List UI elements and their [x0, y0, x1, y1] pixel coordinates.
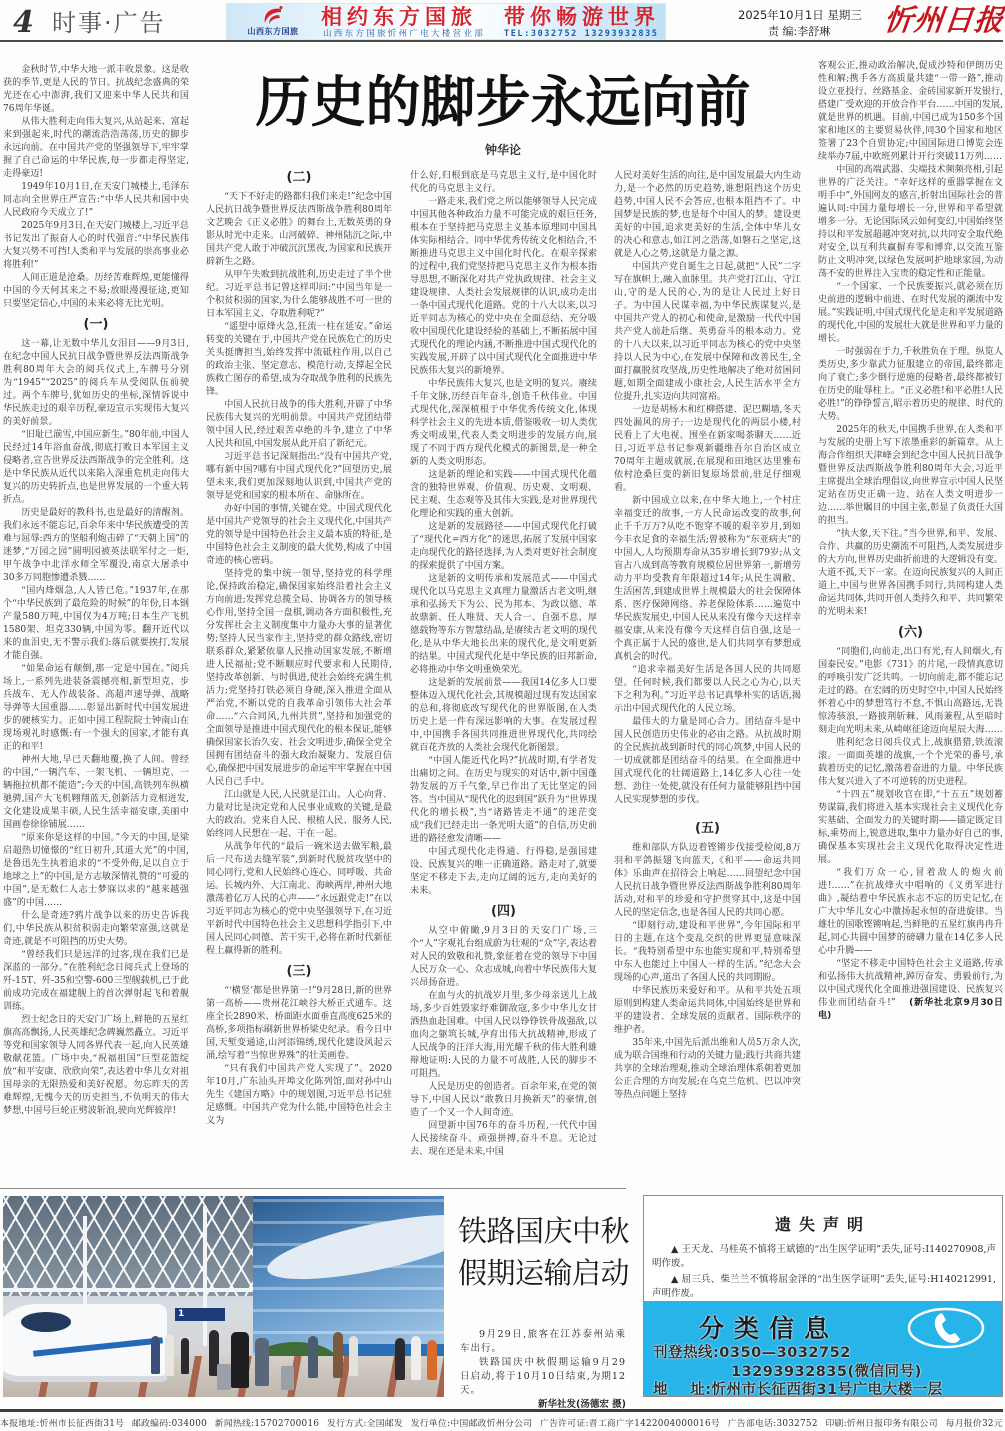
footer-ad-license: 广告许可证:晋工商广字1422004000016号 [540, 1416, 720, 1429]
person-figure [395, 1338, 405, 1380]
photo-title-line-2: 假期运输启动 [458, 1252, 638, 1294]
paragraph: 中国的高端武器、尖端技术频频亮相,引起世界的广泛关注。“幸好这样的重器掌握在文明… [818, 164, 1003, 281]
paragraph: 江山就是人民,人民就是江山。人心向背、力量对比是决定党和人民事业成败的关键,是最… [206, 789, 392, 841]
section-divider [0, 1188, 626, 1189]
paragraph: “曾经我们只是远洋的过客,现在我们已是深蓝的一部分。”在胜利纪念日阅兵式上登场的… [3, 949, 189, 1014]
paragraph: “如果命运有颠倒,那一定是中国在。”阅兵场上,一系列先进装备震撼亮相,新型坦克、… [3, 663, 189, 754]
paragraph-continued: 客观公正,推动政治解决,促成沙特和伊朗历史性和解;携手各方高质量共建“一带一路”… [818, 60, 1003, 164]
ad-logo: 山西东方国旅 [229, 5, 315, 39]
paragraph: “即刻行动,建设和平世界”,今年国际和平日的主题,在这个变乱交织的世界更显意味深… [614, 920, 801, 985]
telephone-icon [906, 1306, 986, 1350]
footer-postcode: 邮政编码:034000 [132, 1416, 207, 1429]
footer-news-hotline: 新闻热线:15702700016 [215, 1416, 320, 1429]
paragraph: 新中国成立以来,在中华大地上,一个村庄幸福变迁的故事,一方人民命运改变的故事,何… [614, 495, 801, 664]
person-figure [181, 1338, 189, 1374]
lost-notice-item: ▲ 屈三兵、柴兰兰不慎将屈金泽的“出生医学证明”丢失,证号:H140212991… [652, 1273, 996, 1301]
ad-telephone: TEL:3032752 13293932835 [504, 29, 659, 39]
person-figure [151, 1336, 160, 1374]
paragraph: “‘横竖’都是世界第一!”9月28日,新的世界第一高桥——贵州花江峡谷大桥正式通… [206, 985, 392, 1063]
suitcase [217, 1364, 231, 1390]
paragraph: 维和部队方队迈着铿锵步伐接受检阅,8万羽和平鸽振翅飞向蓝天,《和平——命运共同体… [614, 842, 801, 920]
suitcase [281, 1366, 294, 1390]
paragraph: 习近平总书记深刻指出:“没有中国共产党,哪有新中国?哪有中国式现代化?”回望历史… [206, 451, 392, 503]
page-editor: 责 编:李舒琳 [768, 23, 830, 39]
swoosh-logo-icon [259, 5, 285, 27]
platform-sign: 1 [175, 1308, 225, 1321]
footer-distributor: 发行单位:中国邮政忻州分公司 [411, 1416, 533, 1429]
paragraph: 什么是奇迹?鸦片战争以来的历史告诉我们,中华民族从积贫积弱走向繁荣富强,这就是奇… [3, 910, 189, 949]
photo-news-title: 铁路国庆中秋 假期运输启动 [458, 1210, 638, 1294]
paragraph: 一路走来,我们党之所以能够领导人民完成中国其他各种政治力量不可能完成的艰巨任务,… [410, 196, 597, 378]
paragraph: 金秋时节,中华大地一派丰收景象。这是收获的季节,更是人民的节日。抗战纪念盛典的荣… [3, 64, 189, 116]
paragraph: 胜利纪念日阅兵仪式上,战旗猎猎,铁流滚滚。一面面英雄的战旗,一个个光荣的番号,承… [818, 737, 1003, 789]
train-station-photo: 1 [3, 1196, 444, 1397]
footer-distribution-method: 发行方式:全国邮发 [327, 1416, 403, 1429]
paragraph: 回望新中国76年的奋斗历程,一代代中国人民接续奋斗、顽强拼搏,奋斗不息。无论过去… [410, 1120, 597, 1159]
paragraph: 2025年的秋天,中国携手世界,在人类和平与发展的史册上写下浓墨重彩的新篇章。从… [818, 424, 1003, 528]
paragraph: 中国式现代化走得通、行得稳,是强国建设、民族复兴的唯一正确道路。路走对了,就要坚… [410, 846, 597, 898]
ad-slogan-1: 相约东方国旅 [321, 4, 477, 30]
paragraph: 这是新的发展前景——我国14亿多人口要整体迈入现代化社会,其规模超过现有发达国家… [410, 677, 597, 755]
section-heading-6: (六) [818, 619, 1003, 646]
paragraph: 这是新的理论和实践——中国式现代化蕴含的独特世界观、价值观、历史观、文明观、民主… [410, 469, 597, 521]
photo-caption: 9月29日,旅客在江苏泰州站乘车出行。 铁路国庆中秋假期运输9月29日启动,将于… [460, 1328, 626, 1412]
section-heading-3: (三) [206, 958, 392, 985]
header-rule [0, 40, 1003, 42]
paragraph: 一边是胡杨木和红柳搭建、泥巴糊墙,冬天四处漏风的房子;一边是现代化的两层小楼,村… [614, 404, 801, 495]
paragraph: 最伟大的力量是同心合力。团结奋斗是中国人民创造历史伟业的必由之路。从抗战时期的全… [614, 716, 801, 807]
person-figure [333, 1332, 343, 1378]
footer-rule [0, 1409, 1003, 1412]
article-column-2: (二) “天下不好走的路都归我们来走!”纪念中国人民抗日战争暨世界反法西斯战争胜… [206, 170, 392, 1182]
paragraph: 历史是最好的教科书,也是最好的清醒剂。我们永远不能忘记,百余年来中华民族遭受的苦… [3, 507, 189, 585]
section-heading-5: (五) [614, 807, 801, 842]
paragraph: “一个国家、一个民族要振兴,就必须在历史前进的逻辑中前进、在时代发展的潮流中发展… [818, 281, 1003, 346]
paragraph: “中国人能近代化吗?”抗战时期,有学者发出痛切之问。在历史与现实的对话中,新中国… [410, 755, 597, 846]
paragraph: 从战争年代的“最后一碗米送去做军粮,最后一尺布送去缝军装”,到新时代脱贫攻坚中的… [206, 841, 392, 958]
paragraph: 从甲午失败到抗战胜利,历史走过了半个世纪。习近平总书记曾这样叩问:“中国当年是一… [206, 269, 392, 321]
paragraph: “十四五”规划收官在即,“十五五”规划蓄势谋篇,我们将进入基本实现社会主义现代化… [818, 789, 1003, 867]
paragraph: 中华民族历来爱好和平。从和平共处五项原则到构建人类命运共同体,中国始终是世界和平… [614, 985, 801, 1037]
section-heading-2: (二) [206, 170, 392, 191]
caption-line: 9月29日,旅客在江苏泰州站乘车出行。 [460, 1328, 626, 1356]
lost-notice-title: 遗失声明 [644, 1212, 1002, 1235]
paragraph: 35年来,中国先后派出维和人员5万余人次,成为联合国维和行动的关键力量;践行共商… [614, 1037, 801, 1102]
paragraph: “只有我们中国共产党人实现了”。2020年10月,广东汕头开埠文化陈列馆,面对孙… [206, 1063, 392, 1128]
newspaper-page: 4 时事·广告 山西东方国旅 相约东方国旅 带你畅游世界 山西东方国旅忻州广电大… [0, 0, 1005, 1431]
classified-ad-panel: 分类信息 刊登热线:0350—3032752 13293932835(微信同号)… [644, 1301, 1002, 1396]
section-heading-1: (一) [3, 311, 189, 338]
paragraph: “执大象,天下往。”当今世界,和平、发展、合作、共赢的历史潮流不可阻挡,人类发展… [818, 528, 1003, 619]
travel-ad-banner: 山西东方国旅 相约东方国旅 带你畅游世界 山西东方国旅忻州广电大楼营业部 TEL… [226, 3, 666, 40]
classified-address: 地 址:忻州市长征西街31号广电大楼一层 [653, 1378, 943, 1397]
paragraph-continued: 人民对美好生活的向往,是中国发展最大内生动力,是一个必然的历史趋势,谁想阻挡这个… [614, 170, 801, 261]
person-figure [231, 1332, 249, 1388]
paragraph: 人间正道是沧桑。历经苦难辉煌,更能懂得中国的今天何其来之不易;放眼漫漫征途,更知… [3, 272, 189, 311]
person-figure [427, 1340, 437, 1380]
paragraph: “同胞们,向前走,出口有光,有人间烟火,有国泰民安。”电影《731》的片尾,一段… [818, 646, 1003, 737]
paragraph: 烈士纪念日的天安门广场上,鲜艳的五星红旗高高飘扬,人民英雄纪念碑巍然矗立。习近平… [3, 1014, 189, 1118]
footer-printer: 印刷:忻州日报印务有限公司 [825, 1416, 937, 1429]
footer-price: 每月报价32元 [946, 1416, 1003, 1429]
person-figure [165, 1334, 174, 1376]
paragraph: “追求幸福美好生活是各国人民的共同愿望。任何时候,我们都要以人民之心为心,以天下… [614, 664, 801, 716]
closing-paragraph: “坚定不移走中国特色社会主义道路,传承和弘扬伟大抗战精神,踔厉奋发、勇毅前行,为… [818, 958, 1003, 1023]
paragraph: 坚持党的集中统一领导,坚持党的科学理论,保持政治稳定,确保国家始终沿着社会主义方… [206, 568, 392, 789]
footer-ad-phone: 广告部电话:3032752 [728, 1416, 818, 1429]
person-figure [349, 1336, 358, 1376]
photo-title-line-1: 铁路国庆中秋 [458, 1210, 638, 1252]
paragraph: “原来你是这样的中国。”今天的中国,是梁启超热切憧憬的“红日初升,其道大光”的中… [3, 832, 189, 910]
paragraph: “国内烽烟急,人人皆已危。”1937年,在那个“中华民族到了最危险的时候”的年份… [3, 585, 189, 663]
person-figure [255, 1338, 269, 1386]
ad-brand-name: 山西东方国旅 [231, 26, 315, 37]
article-column-1: 金秋时节,中华大地一派丰收景象。这是收获的季节,更是人民的节日。抗战纪念盛典的荣… [3, 64, 189, 1182]
train-windshield [21, 1312, 71, 1332]
paragraph: 1949年10月1日,在天安门城楼上,毛泽东同志向全世界庄严宣告:“中华人民共和… [3, 181, 189, 220]
paragraph: “旧耻已湔雪,中国应新生。”80年前,中国人民经过14年浴血奋战,彻底打败日本军… [3, 429, 189, 507]
paragraph: 从空中俯瞰,9月3日的天安门广场,三个“人”字观礼台组成蔚为壮观的“众”字,表达… [410, 925, 597, 990]
ad-office: 山西东方国旅忻州广电大楼营业部 [323, 29, 485, 39]
paragraph: 人民是历史的创造者。百余年来,在党的领导下,中国人民以“敢教日月换新天”的豪情,… [410, 1081, 597, 1120]
section-name: 时事·广告 [52, 8, 166, 38]
paragraph: 这是新的文明传承和发展范式——中国式现代化以马克思主义真理力量激活古老文明,继承… [410, 573, 597, 677]
paragraph: 从伟大胜利走向伟大复兴,从站起来、富起来到强起来,时代的潮流浩浩荡荡,历史的脚步… [3, 116, 189, 181]
article-byline: 钟华论 [206, 141, 800, 158]
paragraph: 中国共产党自诞生之日起,就把“人民”二字写在旗帜上,融入血脉里。共产党打江山、守… [614, 261, 801, 404]
paragraph: 这是新的发展路径——中国式现代化打破了“现代化=西方化”的迷思,拓展了发展中国家… [410, 521, 597, 573]
article-column-3: 什么好,归根到底是马克思主义行,是中国化时代化的马克思主义行。 一路走来,我们党… [410, 170, 597, 1182]
newspaper-logo: 忻州日报 [882, 2, 1005, 38]
paragraph: 一时强弱在于力,千秋胜负在于理。纵览人类历史,多少靠武力征服建立的帝国,最终都走… [818, 346, 1003, 424]
paragraph: 在血与火的抗战岁月里,多少母亲送儿上战场,多少百姓毁家纾难御敌寇,多少中华儿女甘… [410, 990, 597, 1081]
lost-notice-list: ▲ 王天龙、马桂英不慎将王斌德的“出生医学证明”丢失,证号:I140270908… [652, 1243, 996, 1303]
paragraph: “天下不好走的路都归我们来走!”纪念中国人民抗日战争暨世界反法西斯战争胜利80周… [206, 191, 392, 269]
article-column-5: 客观公正,推动政治解决,促成沙特和伊朗历史性和解;携手各方高质量共建“一带一路”… [818, 60, 1003, 1182]
paragraph: 中华民族伟大复兴,也是文明的复兴。赓续千年文脉,历经百年奋斗,创造千秋伟业。中国… [410, 378, 597, 469]
paragraph: 办好中国的事情,关键在党。中国式现代化是中国共产党领导的社会主义现代化,中国共产… [206, 503, 392, 568]
classified-hotline: 刊登热线:0350—3032752 [653, 1341, 851, 1362]
lost-notice-item: ▲ 王天龙、马桂英不慎将王斌德的“出生医学证明”丢失,证号:I140270908… [652, 1243, 996, 1271]
ad-slogan-2: 带你畅游世界 [504, 4, 660, 30]
article-headline: 历史的脚步永远向前 [206, 71, 800, 133]
caption-line: 铁路国庆中秋假期运输9月29日启动,将于10月10日结束,为期12天。 [460, 1356, 626, 1398]
section-heading-4: (四) [410, 898, 597, 925]
classified-title: 分类信息 [699, 1309, 839, 1345]
notice-box: 遗失声明 ▲ 王天龙、马桂英不慎将王斌德的“出生医学证明”丢失,证号:I1402… [643, 1195, 1003, 1397]
paragraph: “我们万众一心,冒着敌人的炮火前进!……”在抗战烽火中唱响的《义勇军进行曲》,凝… [818, 867, 1003, 958]
paragraph: “遥望中原烽火急,狂流一柱在延安。”命运转变的关键在于,中国共产党在民族危亡的历… [206, 321, 392, 399]
person-figure [411, 1336, 421, 1380]
paragraph: 2025年9月3日,在天安门城楼上,习近平总书记发出了振奋人心的时代强音:“中华… [3, 220, 189, 272]
paragraph: 这一幕,让无数中华儿女泪目——9月3日,在纪念中国人民抗日战争暨世界反法西斯战争… [3, 338, 189, 429]
paragraph-continued: 什么好,归根到底是马克思主义行,是中国化时代化的马克思主义行。 [410, 170, 597, 196]
person-figure [308, 1336, 318, 1378]
paragraph: 神州大地,早已天翻地覆,换了人间。曾经的中国,“一辆汽车、一架飞机、一辆坦克、一… [3, 754, 189, 832]
article-column-4: 人民对美好生活的向往,是中国发展最大内生动力,是一个必然的历史趋势,谁想阻挡这个… [614, 170, 801, 1182]
page-number: 4 [13, 6, 34, 40]
footer-address: 本报地址:忻州市长征西街31号 [0, 1416, 124, 1429]
issue-date: 2025年10月1日 星期三 [738, 7, 862, 23]
imprint-footer: 本报地址:忻州市长征西街31号 邮政编码:034000 新闻热线:1570270… [0, 1416, 1003, 1429]
support-pillar [203, 1206, 207, 1346]
paragraph: 中国人民抗日战争的伟大胜利,开辟了中华民族伟大复兴的光明前景。中国共产党团结带领… [206, 399, 392, 451]
